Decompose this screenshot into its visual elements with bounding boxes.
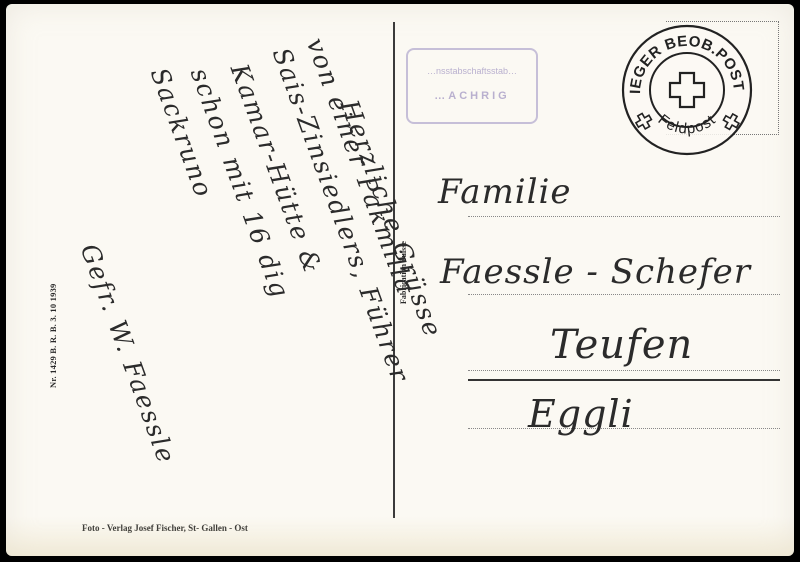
series-number: Nr. 1429 B. R. B. 3. 10 1939 (48, 284, 58, 388)
address-line-3 (468, 370, 780, 371)
address-underline (468, 379, 780, 381)
faded-stamp-line1: …nsstabschaftsstab… (408, 66, 536, 76)
feldpost-postmark: FLIEGER BEOB.POSTEN Feldpost (618, 21, 756, 159)
address-recipient-name: Faessle - Schefer (440, 252, 751, 292)
postcard: Fabrication Suisse Nr. 1429 B. R. B. 3. … (6, 4, 794, 556)
address-town: Teufen (550, 322, 693, 368)
address-recipient-prefix: Familie (438, 172, 572, 212)
address-locality: Eggli (528, 392, 634, 436)
address-line-1 (468, 216, 780, 217)
message-signature: Gefr. W. Faessle (75, 240, 182, 468)
faded-unit-stamp: …nsstabschaftsstab… …ACHRIG (406, 48, 538, 124)
faded-stamp-line2: …ACHRIG (408, 90, 536, 102)
publisher-credit: Foto - Verlag Josef Fischer, St- Gallen … (82, 523, 248, 533)
address-line-2 (468, 294, 780, 295)
